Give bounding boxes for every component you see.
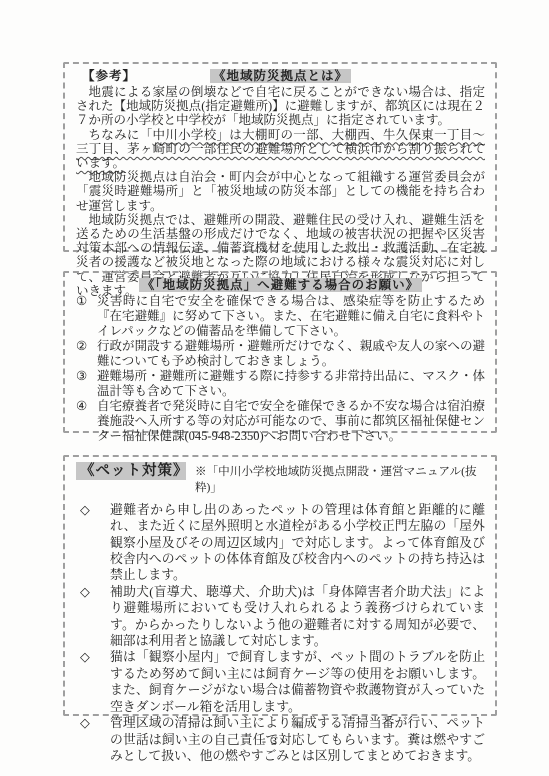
reference-label: 【参考】 [82, 68, 136, 84]
list-item: ◇ 避難者から申し出のあったペットの管理は体育館と距離的に離れ、また近くに屋外照… [76, 502, 485, 584]
pet-box-manual-note: ※「中川小学校地域防災拠点開設・運営マニュアル(抜粋)」 [195, 464, 485, 497]
pet-box-header: 《ペット対策》 ※「中川小学校地域防災拠点開設・運営マニュアル(抜粋)」 [76, 462, 485, 497]
list-item: ③ 避難場所・避難所に避難する際に持参する非常持出品に、マスク・体温計等も含めて… [76, 369, 485, 399]
list-item-marker: ④ [76, 399, 97, 414]
list-item-marker: ② [76, 339, 97, 354]
diamond-bullet-icon: ◇ [76, 715, 110, 731]
reference-paragraph-3: 地域防災拠点は自治会・町内会が中心となって組織する運営委員会が「震災時避難場所」… [76, 170, 485, 213]
list-item-text: 自宅療養者で発災時に自宅で安全を確保できるか不安な場合は宿泊療養施設へ入所する等… [97, 399, 485, 444]
request-box-header: 《「地域防災拠点」へ避難する場合のお願い》 [76, 277, 485, 293]
pet-box-title: 《ペット対策》 [76, 462, 186, 480]
reference-paragraph-1: 地震による家屋の倒壊などで自宅に戻ることができない場合は、指定された【地域防災拠… [76, 85, 485, 128]
diamond-bullet-icon: ◇ [76, 649, 110, 665]
list-item-text: 避難者から申し出のあったペットの管理は体育館と距離的に離れ、また近くに屋外照明と… [110, 502, 485, 584]
request-box-title: 《「地域防災拠点」へ避難する場合のお願い》 [139, 278, 422, 292]
list-item-text: 災害時に自宅で安全を確保できる場合は、感染症等を防止するため『在宅避難』に努めて… [97, 294, 485, 339]
list-item: ① 災害時に自宅で安全を確保できる場合は、感染症等を防止するため『在宅避難』に努… [76, 294, 485, 339]
list-item: ◇ 補助犬(盲導犬、聴導犬、介助犬)は「身体障害者介助犬法」により避難場所におい… [76, 584, 485, 650]
list-item-text: 行政が開設する避難場所・避難所だけでなく、親戚や友人の家への避難についても予め検… [97, 339, 485, 369]
pet-measures-box: 《ペット対策》 ※「中川小学校地域防災拠点開設・運営マニュアル(抜粋)」 ◇ 避… [63, 455, 497, 716]
page-number: - 3 - [0, 734, 549, 749]
list-item: ④ 自宅療養者で発災時に自宅で安全を確保できるか不安な場合は宿泊療養施設へ入所す… [76, 399, 485, 444]
reference-paragraph-2-prefix: ちなみに「 [89, 128, 153, 142]
list-item: ◇ 猫は「観察小屋内」で飼育しますが、ペット間のトラブルを防止するため努めて飼い… [76, 649, 485, 715]
list-item-text: 避難場所・避難所に避難する際に持参する非常持出品に、マスク・体温計等も含めて下さ… [97, 369, 485, 399]
reference-paragraph-2: ちなみに「中川小学校」は大棚町の一部、大棚西、牛久保東一丁目～三丁目、茅ヶ崎町の… [76, 128, 485, 171]
reference-box: 【参考】 《地域防災拠点とは》 地震による家屋の倒壊などで自宅に戻ることができな… [63, 62, 497, 252]
reference-box-title: 《地域防災拠点とは》 [210, 69, 351, 83]
diamond-bullet-icon: ◇ [76, 502, 110, 518]
list-item-marker: ① [76, 294, 97, 309]
list-item-marker: ③ [76, 369, 97, 384]
document-page: 【参考】 《地域防災拠点とは》 地震による家屋の倒壊などで自宅に戻ることができな… [0, 0, 549, 776]
list-item-text: 補助犬(盲導犬、聴導犬、介助犬)は「身体障害者介助犬法」により避難場所においても… [110, 584, 485, 650]
list-item-text: 猫は「観察小屋内」で飼育しますが、ペット間のトラブルを防止するため努めて飼い主に… [110, 649, 485, 715]
reference-box-header: 【参考】 《地域防災拠点とは》 [76, 68, 485, 84]
evacuation-request-box: 《「地域防災拠点」へ避難する場合のお願い》 ① 災害時に自宅で安全を確保できる場… [63, 271, 497, 433]
list-item: ② 行政が開設する避難場所・避難所だけでなく、親戚や友人の家への避難についても予… [76, 339, 485, 369]
diamond-bullet-icon: ◇ [76, 584, 110, 600]
